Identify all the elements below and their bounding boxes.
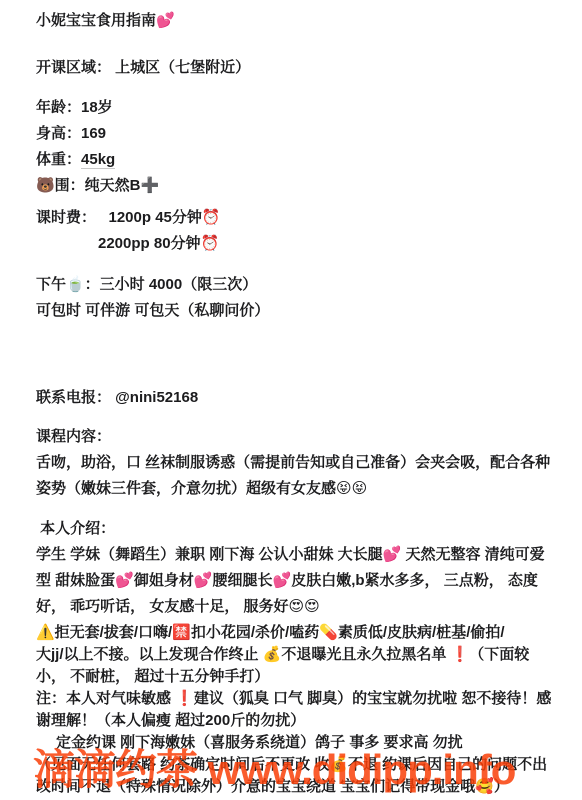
text-line: 课时费： 1200p 45分钟⏰	[36, 205, 576, 231]
text-line: 联系电报： @nini52168	[36, 385, 576, 411]
section-rules: ⚠️拒无套/拔套/口嗨/🈲扣小花园/杀价/嗑药💊素质低/皮肤病/桩基/偷拍/大j…	[36, 622, 576, 798]
text-line: 姿势（嫩妹三件套，介意勿扰）超级有女友感😝😝	[36, 476, 576, 502]
text-line: 年龄：18岁	[36, 95, 576, 121]
text-line: 舌吻，助浴，口 丝袜制服诱惑（需提前告知或自己准备）会夹会吸，配合各种	[36, 450, 576, 476]
document-text: 小妮宝宝食用指南💕开课区域： 上城区（七堡附近）年龄：18岁身高：169体重：4…	[36, 8, 576, 798]
text-line: 小妮宝宝食用指南💕	[36, 8, 576, 34]
section-title: 小妮宝宝食用指南💕	[36, 8, 576, 34]
text-line: 课程内容：	[36, 424, 576, 450]
text-line: 开课区域： 上城区（七堡附近）	[36, 55, 576, 81]
text-line: 型 甜妹脸蛋💕御姐身材💕腰细腿长💕皮肤白嫩,b紧水多多， 三点粉， 态度	[36, 568, 576, 594]
section-intro: 本人介绍：学生 学妹（舞蹈生）兼职 刚下海 公认小甜妹 大长腿💕 天然无整容 清…	[36, 516, 576, 620]
section-area: 开课区域： 上城区（七堡附近）	[36, 55, 576, 81]
text-line: 下午🍵：三小时 4000（限三次）	[36, 272, 576, 298]
text-line: 身高：169	[36, 121, 576, 147]
text-line: 改时间不退（特殊情况除外）介意的宝宝绕道 宝宝们记得带现金哦🥰）	[36, 776, 576, 798]
text-line: （见面无任何套路 约茶确定时间后不更改 收💰不退 约课后因自己的问题不出	[36, 754, 576, 776]
text-line: 可包时 可伴游 可包天（私聊问价）	[36, 298, 576, 324]
section-stats: 年龄：18岁身高：169体重：45kg🐻围：纯天然B➕	[36, 95, 576, 199]
text-line: 体重：45kg	[36, 147, 576, 173]
text-line: 学生 学妹（舞蹈生）兼职 刚下海 公认小甜妹 大长腿💕 天然无整容 清纯可爱	[36, 542, 576, 568]
text-line: 小， 不耐桩， 超过十五分钟手打）	[36, 666, 576, 688]
text-line: 好， 乖巧听话， 女友感十足， 服务好😍😍	[36, 594, 576, 620]
text-line: ⚠️拒无套/拔套/口嗨/🈲扣小花园/杀价/嗑药💊素质低/皮肤病/桩基/偷拍/	[36, 622, 576, 644]
text-line: 谢理解！（本人偏瘦 超过200斤的勿扰）	[36, 710, 576, 732]
screenshot-page: 小妮宝宝食用指南💕开课区域： 上城区（七堡附近）年龄：18岁身高：169体重：4…	[0, 0, 582, 800]
text-line: 定金约课 刚下海嫩妹（喜服务系绕道）鸽子 事多 要求高 勿扰	[36, 732, 576, 754]
text-line: 大jj/以上不接。以上发现合作终止 💰不退曝光且永久拉黑名单 ❗（下面较	[36, 644, 576, 666]
text-line: 🐻围：纯天然B➕	[36, 173, 576, 199]
underlined-text: 45kg	[81, 151, 115, 169]
text-line: 注：本人对气味敏感 ❗建议（狐臭 口气 脚臭）的宝宝就勿扰啦 恕不接待！感	[36, 688, 576, 710]
section-afternoon: 下午🍵：三小时 4000（限三次）可包时 可伴游 可包天（私聊问价）	[36, 272, 576, 324]
section-fees: 课时费： 1200p 45分钟⏰2200pp 80分钟⏰	[36, 205, 576, 257]
text-line: 本人介绍：	[36, 516, 576, 542]
section-contact: 联系电报： @nini52168	[36, 385, 576, 411]
text-line: 2200pp 80分钟⏰	[36, 231, 576, 257]
section-course: 课程内容：舌吻，助浴，口 丝袜制服诱惑（需提前告知或自己准备）会夹会吸，配合各种…	[36, 424, 576, 502]
